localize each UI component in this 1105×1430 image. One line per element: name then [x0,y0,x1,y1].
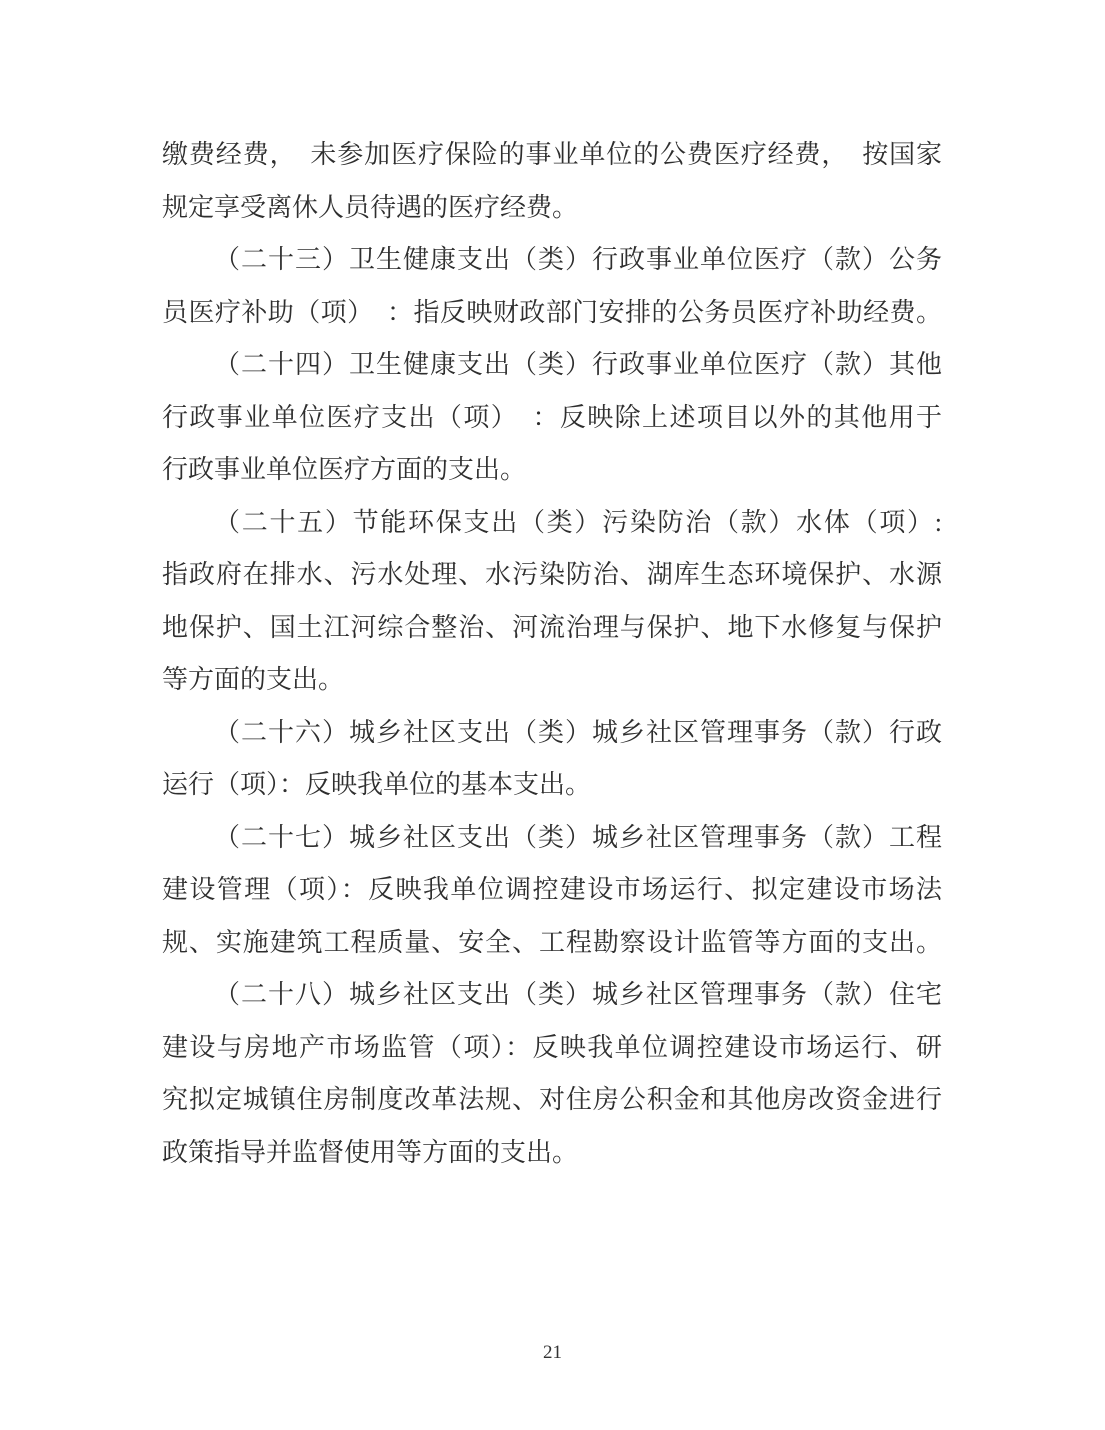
text-line: （二十五）节能环保支出（类）污染防治（款）水体（项）: [162,497,942,550]
text-line: 指政府在排水、污水处理、水污染防治、湖库生态环境保护、水源 [162,549,942,602]
text-line: （二十四）卫生健康支出（类）行政事业单位医疗（款）其他 [162,339,942,392]
text-line: 等方面的支出。 [162,654,942,707]
text-line: 政策指导并监督使用等方面的支出。 [162,1127,942,1180]
document-page: 缴费经费， 未参加医疗保险的事业单位的公费医疗经费， 按国家规定享受离休人员待遇… [0,0,1105,1430]
text-line: （二十六）城乡社区支出（类）城乡社区管理事务（款）行政 [162,707,942,760]
page-number: 21 [0,1342,1105,1364]
text-line: 行政事业单位医疗方面的支出。 [162,444,942,497]
text-line: 行政事业单位医疗支出（项） ：反映除上述项目以外的其他用于 [162,392,942,445]
text-line: 地保护、国土江河综合整治、河流治理与保护、地下水修复与保护 [162,602,942,655]
text-line: （二十七）城乡社区支出（类）城乡社区管理事务（款）工程 [162,812,942,865]
text-line: 规定享受离休人员待遇的医疗经费。 [162,182,942,235]
text-line: （二十八）城乡社区支出（类）城乡社区管理事务（款）住宅 [162,969,942,1022]
text-line: 规、实施建筑工程质量、安全、工程勘察设计监管等方面的支出。 [162,917,942,970]
text-line: 运行（项）：反映我单位的基本支出。 [162,759,942,812]
text-line: （二十三）卫生健康支出（类）行政事业单位医疗（款）公务 [162,234,942,287]
text-line: 究拟定城镇住房制度改革法规、对住房公积金和其他房改资金进行 [162,1074,942,1127]
text-line: 建设与房地产市场监管（项）：反映我单位调控建设市场运行、研 [162,1022,942,1075]
text-line: 缴费经费， 未参加医疗保险的事业单位的公费医疗经费， 按国家 [162,129,942,182]
text-line: 员医疗补助（项） ：指反映财政部门安排的公务员医疗补助经费。 [162,287,942,340]
document-body-text: 缴费经费， 未参加医疗保险的事业单位的公费医疗经费， 按国家规定享受离休人员待遇… [162,129,942,1179]
text-line: 建设管理（项）：反映我单位调控建设市场运行、拟定建设市场法 [162,864,942,917]
